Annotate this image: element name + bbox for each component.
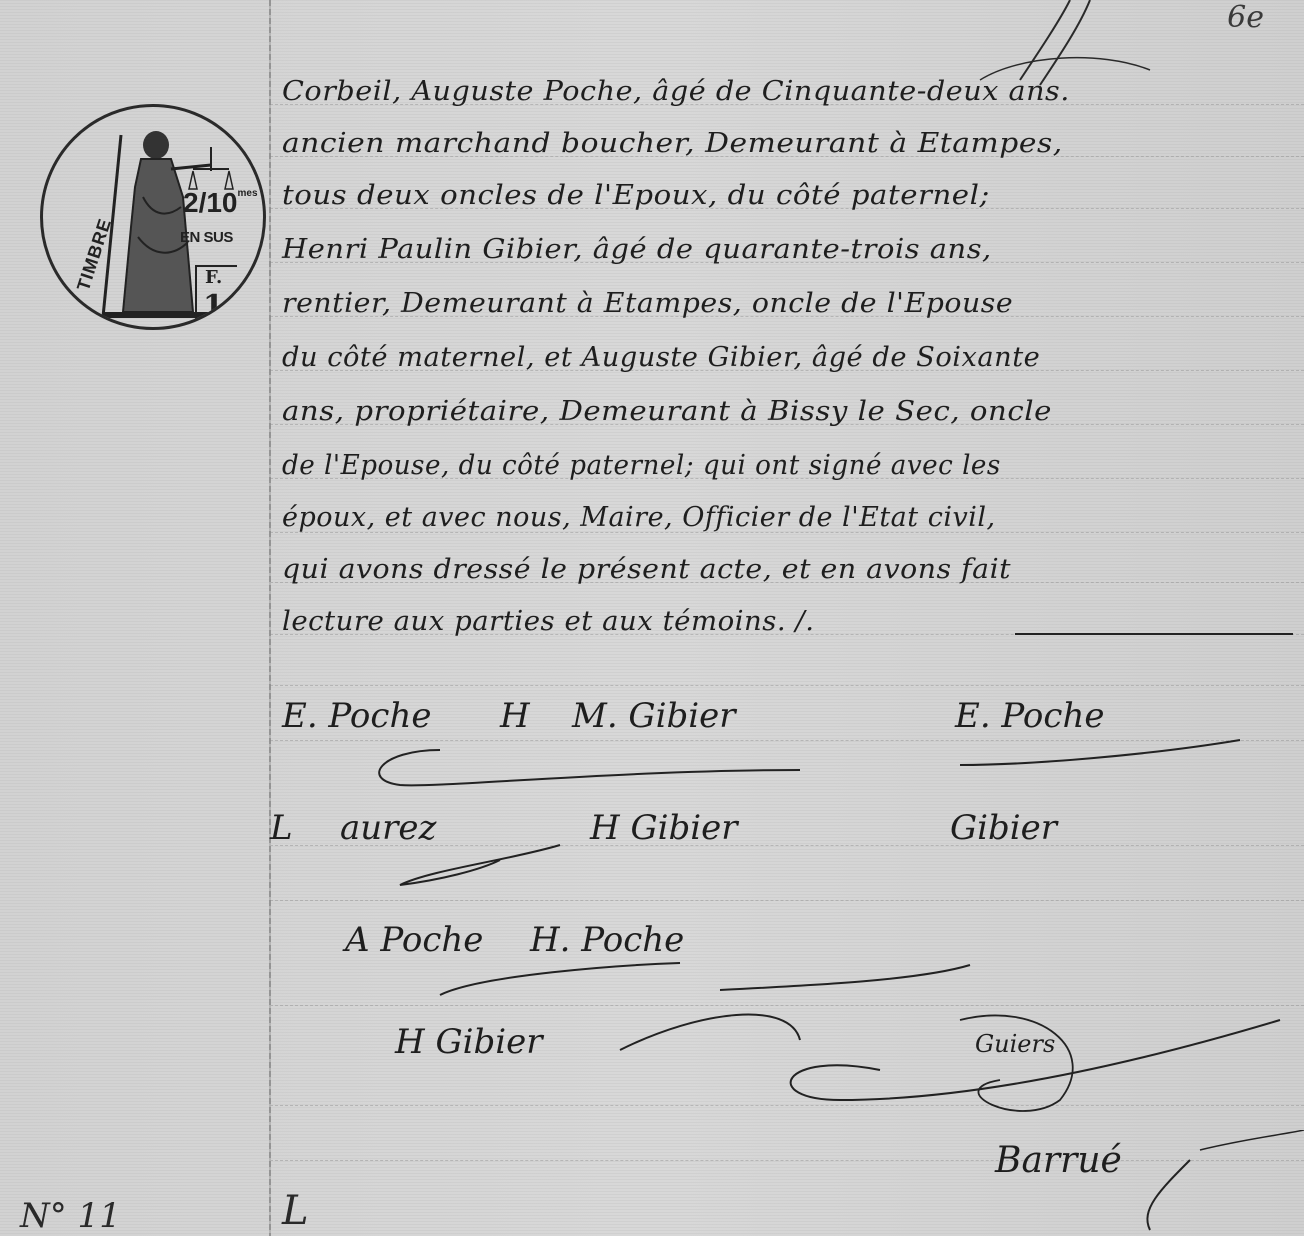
signature-flourish-icon <box>320 740 800 790</box>
signature: L <box>270 808 293 848</box>
margin-line <box>269 0 271 1236</box>
signature: E. Poche <box>955 696 1104 736</box>
body-line: Corbeil, Auguste Poche, âgé de Cinquante… <box>282 76 1070 107</box>
signature: H Gibier <box>395 1022 543 1062</box>
ruled-line <box>270 900 1304 901</box>
stamp-fraction-suffix: mes <box>238 188 258 199</box>
signature-flourish-icon <box>950 735 1250 775</box>
stamp-fraction: 2/10mes <box>183 189 258 217</box>
body-line: rentier, Demeurant à Etampes, oncle de l… <box>282 288 1013 319</box>
body-line: lecture aux parties et aux témoins. /. <box>282 606 814 637</box>
body-line: époux, et avec nous, Maire, Officier de … <box>282 502 996 533</box>
register-page: 6e TIMBRE 2/10mes EN SUS <box>0 0 1304 1236</box>
signature-flourish-icon <box>580 990 1300 1140</box>
body-line: ancien marchand boucher, Demeurant à Eta… <box>282 128 1063 159</box>
body-line: de l'Epouse, du côté paternel; qui ont s… <box>282 450 1001 481</box>
signature: E. Poche <box>282 696 431 736</box>
next-entry-start: L <box>282 1188 309 1234</box>
page-number: 6e <box>1227 0 1264 35</box>
body-line: Henri Paulin Gibier, âgé de quarante-tro… <box>282 234 992 265</box>
signature-flourish-icon <box>390 840 590 890</box>
fiscal-stamp: TIMBRE 2/10mes EN SUS F. 1. <box>40 104 266 330</box>
signature: M. Gibier <box>572 696 735 736</box>
body-line: qui avons dressé le présent acte, et en … <box>282 554 1011 585</box>
stamp-ensus: EN SUS <box>180 229 233 246</box>
stamp-value: 1. <box>203 289 234 324</box>
ruled-line <box>270 685 1304 686</box>
signature-flourish-icon <box>1100 1130 1304 1236</box>
body-line: du côté maternel, et Auguste Gibier, âgé… <box>282 342 1040 373</box>
body-line: ans, propriétaire, Demeurant à Bissy le … <box>282 396 1052 427</box>
signature: H Gibier <box>590 808 738 848</box>
closing-rule <box>1015 633 1293 635</box>
stamp-fraction-value: 2/10 <box>183 187 238 218</box>
signature: H <box>500 696 530 736</box>
margin-entry-number: N° 11 <box>20 1196 121 1236</box>
stamp-currency: F. <box>205 267 222 288</box>
signature: Gibier <box>950 808 1057 848</box>
signature: H. Poche <box>530 920 684 960</box>
signature: A Poche <box>345 920 483 960</box>
body-line: tous deux oncles de l'Epoux, du côté pat… <box>282 180 990 211</box>
